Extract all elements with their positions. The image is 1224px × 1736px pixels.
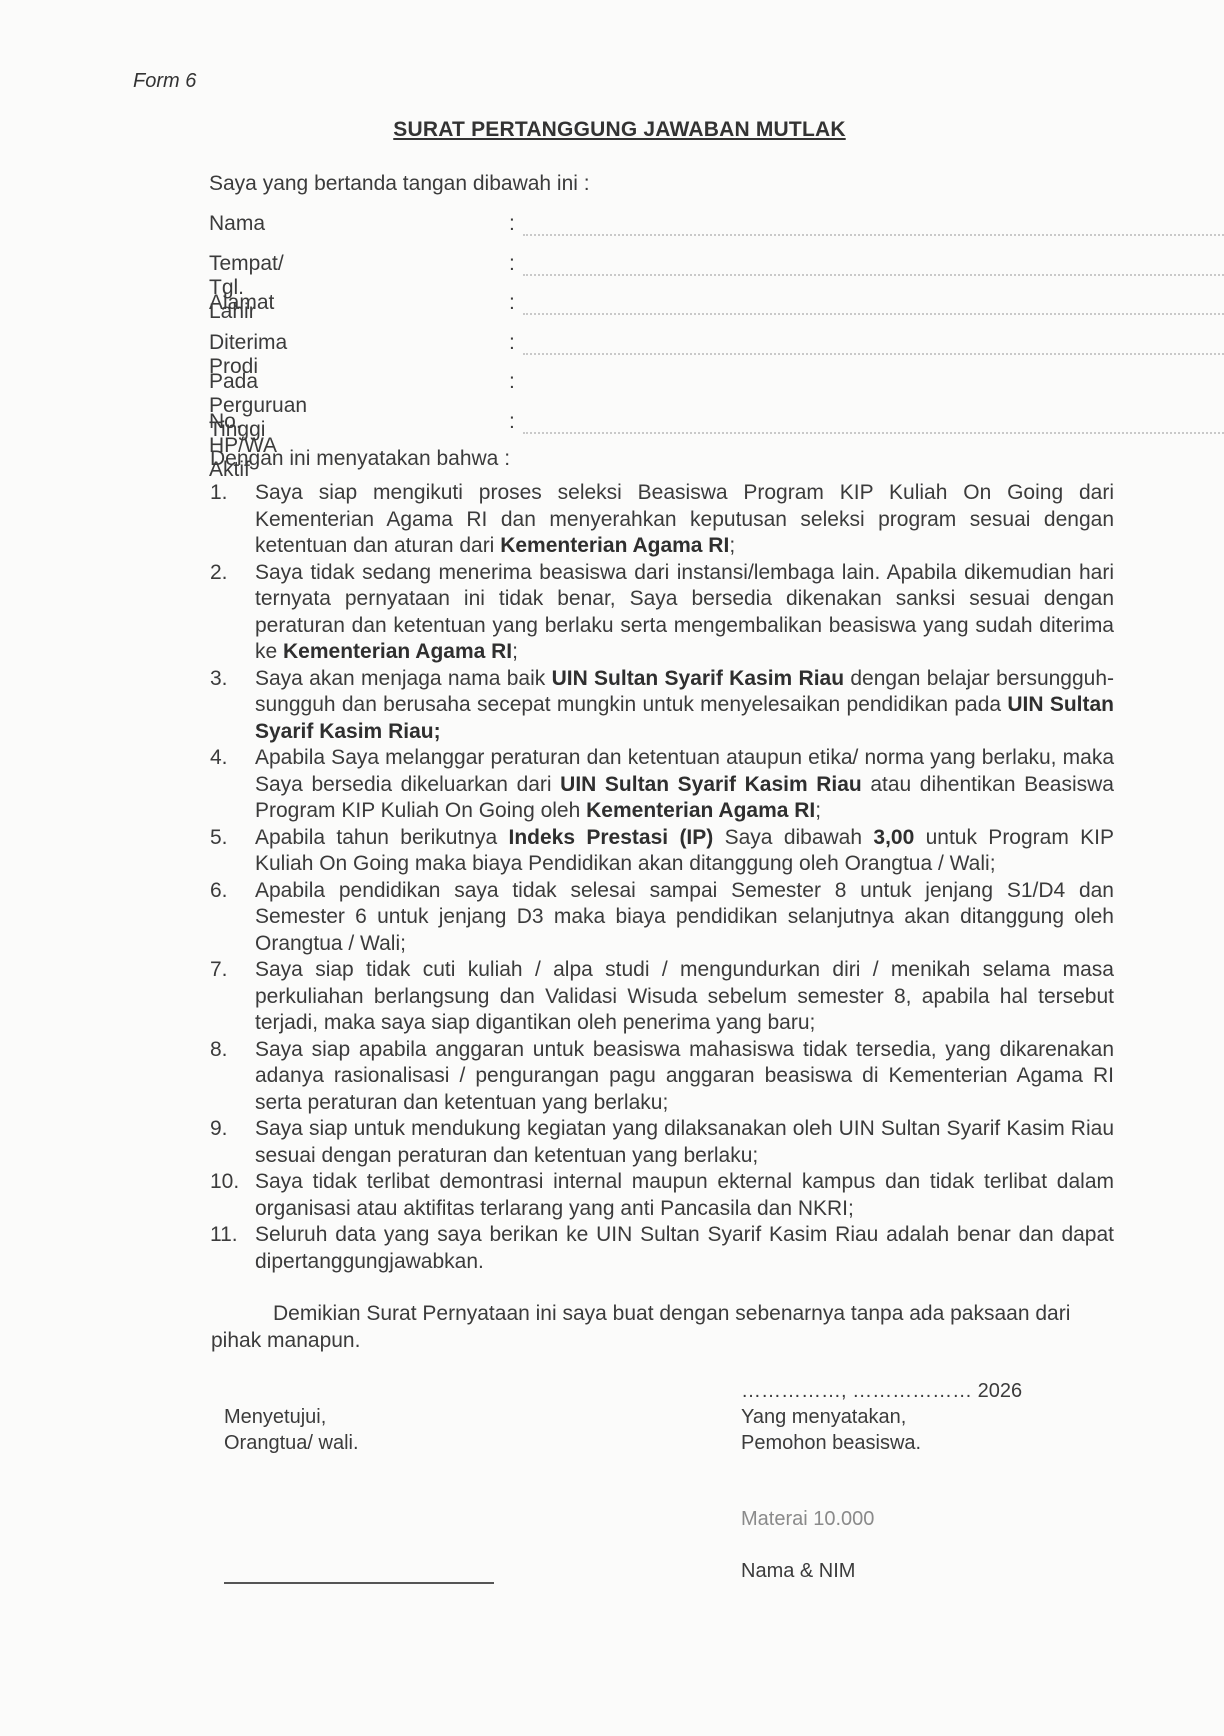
applicant-name-nim-label: Nama & NIM xyxy=(741,1560,855,1583)
statement-item: 2.Saya tidak sedang menerima beasiswa da… xyxy=(210,560,1114,666)
field-colon: : xyxy=(509,252,515,276)
item-text: ; xyxy=(729,534,735,557)
field-fill-line[interactable] xyxy=(523,313,1224,315)
item-number: 3. xyxy=(210,666,228,693)
field-fill-line[interactable] xyxy=(523,234,1224,236)
item-text: Apabila pendidikan saya tidak selesai sa… xyxy=(255,879,1114,955)
guardian-approval-label: Menyetujui, xyxy=(224,1404,359,1430)
field-label: Alamat xyxy=(209,291,274,315)
item-number: 8. xyxy=(210,1037,228,1064)
item-number: 2. xyxy=(210,560,228,587)
item-number: 7. xyxy=(210,957,228,984)
item-emphasis-text: UIN Sultan Syarif Kasim Riau xyxy=(552,667,844,690)
statement-item: 3.Saya akan menjaga nama baik UIN Sultan… xyxy=(210,666,1114,746)
applicant-signature-block: ……………, ……………… 2026 Yang menyatakan, Pemo… xyxy=(741,1378,1022,1456)
document-title: SURAT PERTANGGUNG JAWABAN MUTLAK xyxy=(0,118,1224,142)
field-label: Nama xyxy=(209,212,265,236)
item-emphasis-text: 3,00 xyxy=(873,826,914,849)
statement-item: 6.Apabila pendidikan saya tidak selesai … xyxy=(210,878,1114,958)
statement-item: 7.Saya siap tidak cuti kuliah / alpa stu… xyxy=(210,957,1114,1037)
statement-item: 8.Saya siap apabila anggaran untuk beasi… xyxy=(210,1037,1114,1117)
item-number: 11. xyxy=(210,1222,238,1249)
guardian-role-label: Orangtua/ wali. xyxy=(224,1430,359,1456)
item-number: 10. xyxy=(210,1169,239,1196)
item-emphasis-text: Kementerian Agama RI xyxy=(500,534,729,557)
applicant-role-label: Pemohon beasiswa. xyxy=(741,1430,1022,1456)
item-text: Saya tidak terlibat demontrasi internal … xyxy=(255,1170,1114,1220)
statement-list: 1.Saya siap mengikuti proses seleksi Bea… xyxy=(210,480,1114,1275)
item-text: Seluruh data yang saya berikan ke UIN Su… xyxy=(255,1223,1114,1273)
item-number: 9. xyxy=(210,1116,228,1143)
item-text: Saya dibawah xyxy=(713,826,873,849)
item-text: Saya siap apabila anggaran untuk beasisw… xyxy=(255,1038,1114,1114)
field-colon: : xyxy=(509,331,515,355)
item-number: 6. xyxy=(210,878,228,905)
statement-item: 9.Saya siap untuk mendukung kegiatan yan… xyxy=(210,1116,1114,1169)
closing-paragraph: Demikian Surat Pernyataan ini saya buat … xyxy=(211,1301,1111,1354)
guardian-signature-block: Menyetujui, Orangtua/ wali. xyxy=(224,1404,359,1456)
item-emphasis-text: Kementerian Agama RI xyxy=(586,799,815,822)
item-text: ; xyxy=(815,799,821,822)
item-text: Saya siap untuk mendukung kegiatan yang … xyxy=(255,1117,1114,1167)
item-text: Saya akan menjaga nama baik xyxy=(255,667,552,690)
statement-item: 10.Saya tidak terlibat demontrasi intern… xyxy=(210,1169,1114,1222)
field-colon: : xyxy=(509,370,515,394)
item-text: Apabila tahun berikutnya xyxy=(255,826,509,849)
field-fill-line[interactable] xyxy=(523,274,1224,276)
guardian-signature-line[interactable] xyxy=(224,1582,494,1584)
statement-item: 5.Apabila tahun berikutnya Indeks Presta… xyxy=(210,825,1114,878)
item-number: 4. xyxy=(210,745,228,772)
statement-item: 1.Saya siap mengikuti proses seleksi Bea… xyxy=(210,480,1114,560)
item-emphasis-text: Indeks Prestasi (IP) xyxy=(509,826,714,849)
field-fill-line[interactable] xyxy=(523,432,1224,434)
place-date-line[interactable]: ……………, ……………… 2026 xyxy=(741,1378,1022,1404)
statement-item: 11.Seluruh data yang saya berikan ke UIN… xyxy=(210,1222,1114,1275)
field-colon: : xyxy=(509,410,515,434)
field-colon: : xyxy=(509,212,515,236)
form-number-label: Form 6 xyxy=(133,70,196,93)
stamp-duty-placeholder: Materai 10.000 xyxy=(741,1508,874,1531)
applicant-declarer-label: Yang menyatakan, xyxy=(741,1404,1022,1430)
statement-item: 4.Apabila Saya melanggar peraturan dan k… xyxy=(210,745,1114,825)
item-number: 5. xyxy=(210,825,228,852)
item-text: ; xyxy=(512,640,518,663)
item-emphasis-text: UIN Sultan Syarif Kasim Riau xyxy=(560,773,862,796)
field-fill-line[interactable] xyxy=(523,353,1224,355)
item-text: Saya siap tidak cuti kuliah / alpa studi… xyxy=(255,958,1114,1034)
field-colon: : xyxy=(509,291,515,315)
item-emphasis-text: Kementerian Agama RI xyxy=(283,640,512,663)
statement-intro: Dengan ini menyatakan bahwa : xyxy=(210,447,510,471)
intro-text: Saya yang bertanda tangan dibawah ini : xyxy=(209,172,590,196)
item-number: 1. xyxy=(210,480,228,507)
